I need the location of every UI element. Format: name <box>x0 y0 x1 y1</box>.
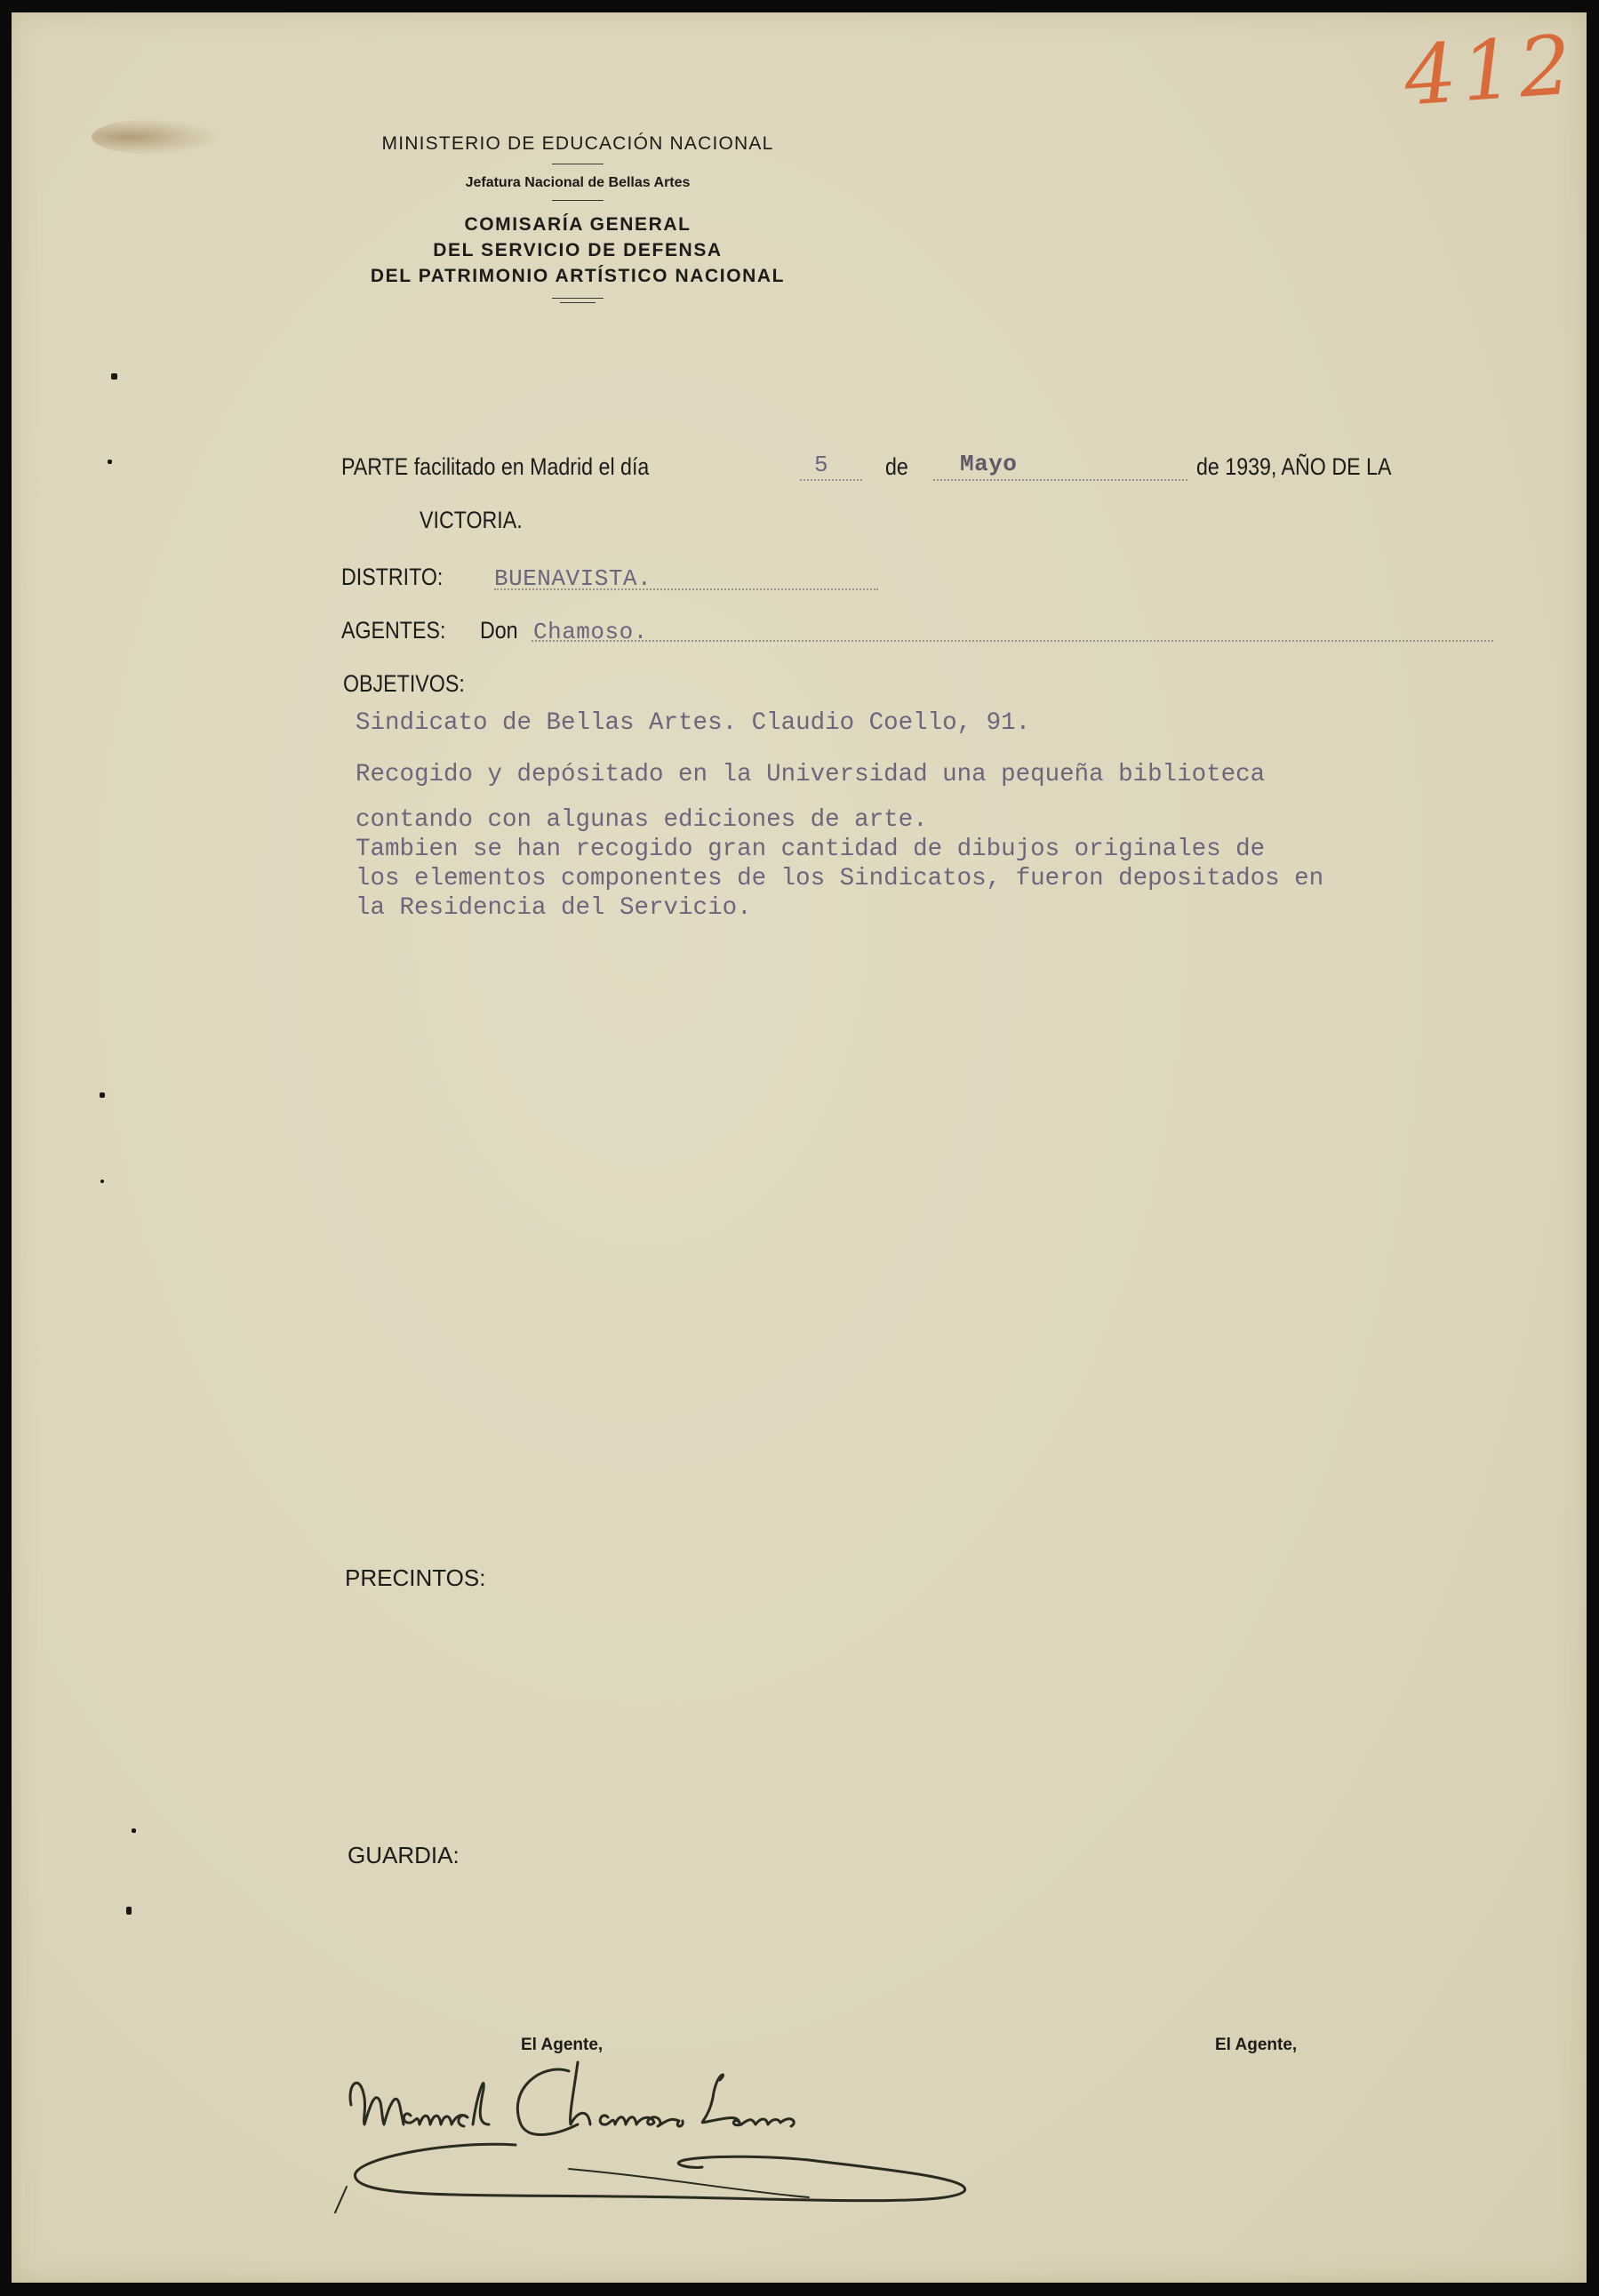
divider <box>552 164 604 164</box>
agentes-prefix: Don <box>480 617 518 644</box>
punch-hole <box>100 1092 105 1098</box>
distrito-label: DISTRITO: <box>341 564 443 591</box>
objetivos-label: OBJETIVOS: <box>343 670 465 698</box>
report-month: Mayo <box>960 451 1017 477</box>
day-fill-line <box>800 479 862 481</box>
punch-hole <box>132 1828 136 1833</box>
report-year-suffix: de 1939, AÑO DE LA <box>1196 453 1391 481</box>
agentes-value: Chamoso. <box>533 619 648 645</box>
objetivo-line: Sindicato de Bellas Artes. Claudio Coell… <box>356 708 1030 738</box>
agentes-fill-line <box>532 640 1493 642</box>
ministry-name: MINISTERIO DE EDUCACIÓN NACIONAL <box>329 133 827 155</box>
report-intro-prefix: PARTE facilitado en Madrid el día <box>341 453 649 481</box>
report-de-label: de <box>885 453 908 481</box>
distrito-value: BUENAVISTA. <box>494 565 652 592</box>
punch-hole <box>111 373 117 380</box>
objetivo-line: la Residencia del Servicio. <box>356 893 752 923</box>
right-agent-label: El Agente, <box>1215 2036 1297 2055</box>
commission-line-1: COMISARÍA GENERAL <box>329 212 827 237</box>
precintos-label: PRECINTOS: <box>345 1564 485 1592</box>
document-page <box>12 12 1587 2283</box>
punch-hole <box>100 1180 104 1183</box>
punch-hole <box>126 1907 132 1915</box>
month-fill-line <box>933 479 1187 481</box>
report-year-suffix-cont: VICTORIA. <box>420 507 523 534</box>
commission-line-3: DEL PATRIMONIO ARTÍSTICO NACIONAL <box>329 263 827 289</box>
folio-number: 412 <box>1402 17 1580 124</box>
agentes-label: AGENTES: <box>341 617 445 644</box>
divider <box>552 298 604 299</box>
divider <box>560 302 596 303</box>
department-name: Jefatura Nacional de Bellas Artes <box>329 175 827 191</box>
objetivo-line: los elementos componentes de los Sindica… <box>356 864 1323 893</box>
objetivo-line: Tambien se han recogido gran cantidad de… <box>356 835 1265 864</box>
guardia-label: GUARDIA: <box>348 1842 460 1869</box>
handwritten-signature: Manuel Chamoso Lamas <box>311 2036 1040 2213</box>
divider <box>552 200 604 201</box>
ink-stain <box>92 119 216 155</box>
commission-line-2: DEL SERVICIO DE DEFENSA <box>329 237 827 263</box>
objetivo-line: contando con algunas ediciones de arte. <box>356 805 928 835</box>
letterhead: MINISTERIO DE EDUCACIÓN NACIONAL Jefatur… <box>329 133 827 314</box>
punch-hole <box>108 460 112 464</box>
report-day: 5 <box>814 452 828 478</box>
objetivo-line: Recogido y depósitado en la Universidad … <box>356 760 1265 789</box>
